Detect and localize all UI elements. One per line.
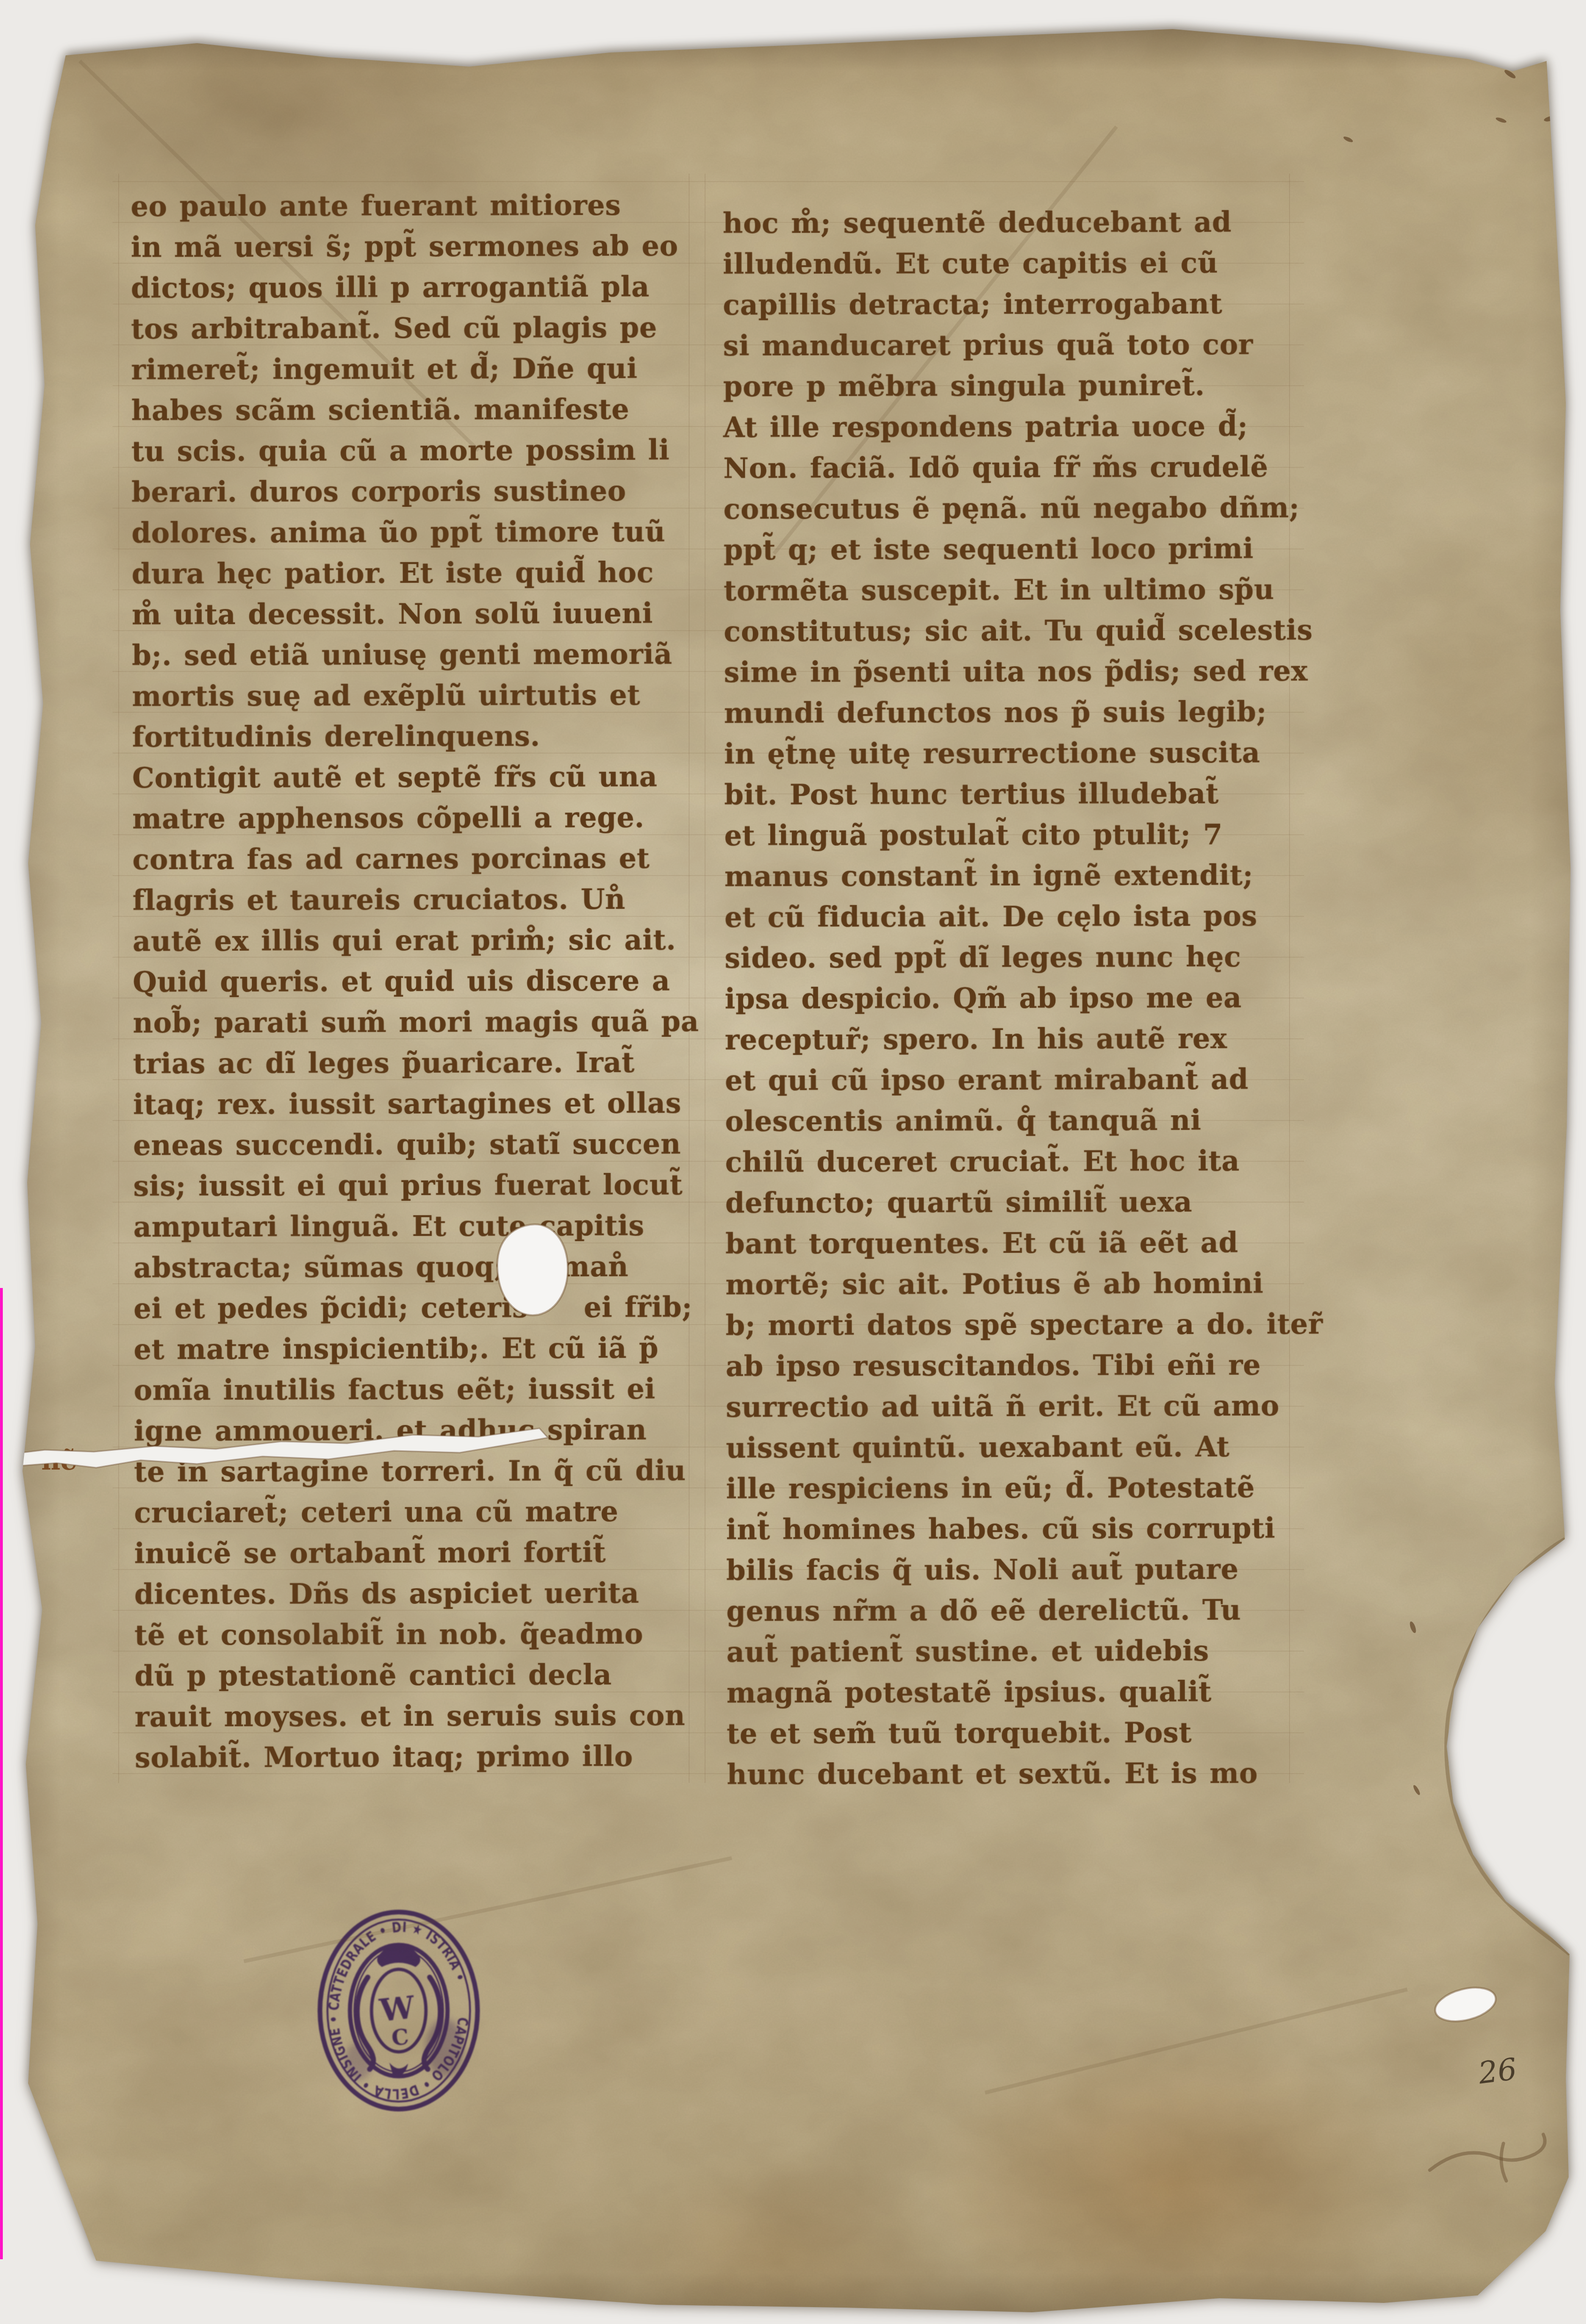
- text-line: hoc m̊; sequentẽ deducebant ad: [723, 201, 1293, 244]
- text-line: contra fas ad carnes porcinas et: [132, 838, 693, 880]
- text-line: mortis suę ad exẽplũ uirtutis et: [132, 674, 692, 716]
- text-line: inuicẽ se ortabant̃ mori fortit̃: [134, 1532, 695, 1574]
- right-text-column: hoc m̊; sequentẽ deducebant adilludendũ.…: [723, 201, 1297, 1795]
- text-line: dura hęc patior. Et iste quid̃ hoc: [132, 552, 692, 594]
- text-line: olescentis animũ. q̊ tanquã ni: [725, 1099, 1295, 1142]
- text-line: tos arbitrabant̃. Sed cũ plagis pe: [131, 307, 691, 349]
- text-line: tẽ et consolabit̃ in nob. q̃eadmo: [135, 1613, 695, 1655]
- text-line: mortẽ; sic ait. Potius ẽ ab homini: [725, 1263, 1295, 1305]
- text-line: bant torquentes. Et cũ iã eẽt ad: [725, 1222, 1295, 1264]
- text-line: abstracta; sũmas quoq; man̊: [133, 1246, 694, 1288]
- text-line: flagris et taureis cruciatos. Un̊: [132, 878, 693, 921]
- text-line: m̊ uita decessit. Non solũ iuueni: [132, 593, 692, 635]
- text-line: amputari linguã. Et cute capitis: [133, 1205, 694, 1247]
- text-line: ei et pedes p̃cidi; ceteris ei fr̃ib;: [134, 1287, 694, 1329]
- text-line: genus nr̃m a dõ eẽ derelictũ. Tu: [726, 1589, 1296, 1631]
- text-line: tu scis. quia cũ a morte possim li: [131, 429, 692, 472]
- text-line: dolores. anima ũo ppt̃ timore tuũ: [131, 511, 692, 553]
- text-line: autẽ ex illis qui erat prim̊; sic ait.: [133, 919, 693, 961]
- stamp-smudge: [344, 2043, 372, 2080]
- text-line: et linguã postulat̃ cito ptulit; 7: [724, 814, 1294, 856]
- text-line: int̃ homines habes. cũ sis corrupti: [726, 1508, 1296, 1550]
- text-line: sime in p̃senti uita nos p̃dis; sed rex: [724, 650, 1294, 693]
- text-line: bit. Post hunc tertius illudebat̃: [724, 773, 1294, 815]
- text-line: et qui cũ ipso erant mirabant̃ ad: [725, 1059, 1295, 1101]
- text-line: surrectio ad uitã ñ erit. Et cũ amo: [726, 1385, 1296, 1427]
- text-line: eo paulo ante fuerant mitiores: [131, 184, 691, 227]
- text-line: magnã potestatẽ ipsius. qualit̃: [727, 1671, 1297, 1713]
- text-line: At ille respondens patria uoce d̃;: [723, 405, 1293, 448]
- text-line: te et sem̃ tuũ torquebit. Post: [727, 1712, 1297, 1754]
- scanner-artifact-line: [0, 1288, 3, 2259]
- text-line: berari. duros corporis sustineo: [131, 470, 692, 512]
- text-line: igne ammoueri. et adhuc spiran: [134, 1409, 694, 1451]
- text-line: defuncto; quartũ similit̃ uexa: [725, 1181, 1295, 1223]
- text-line: ppt̃ q; et iste sequenti loco primi: [723, 528, 1293, 570]
- text-line: Contigit autẽ et septẽ fr̃s cũ una: [132, 756, 693, 798]
- parchment-wrap: eo paulo ante fuerant mitioresin mã uers…: [0, 0, 1586, 2324]
- text-line: solabit̃. Mortuo itaq; primo illo: [135, 1736, 695, 1778]
- text-line: dũ p ptestationẽ cantici decla: [135, 1654, 695, 1696]
- text-line: te in sartagine torreri. In q̃ cũ diu: [134, 1450, 695, 1492]
- text-line: rimeret̃; ingemuit et d̃; Dñe qui: [131, 348, 691, 390]
- text-line: uissent quintũ. uexabant eũ. At: [726, 1426, 1296, 1468]
- text-line: eneas succendi. quib; statĩ succen: [133, 1123, 694, 1166]
- scanned-page: eo paulo ante fuerant mitioresin mã uers…: [0, 0, 1586, 2324]
- text-line: dictos; quos illi p arrogantiã pla: [131, 266, 691, 308]
- hole: [1432, 1982, 1499, 2027]
- column-guide-gutter-right: [705, 174, 706, 1783]
- text-line: in ęt̃nę uitę resurrectione suscita: [724, 732, 1294, 774]
- text-line: matre apphensos cõpelli a rege.: [132, 797, 693, 839]
- text-line: Quid queris. et quid uis discere a: [133, 960, 693, 1002]
- flay-slits: [1343, 69, 1556, 1796]
- text-line: b;. sed etiã uniusę genti memoriã: [132, 633, 692, 676]
- text-line: et cũ fiducia ait. De cęlo ista pos: [724, 895, 1294, 937]
- text-line: nob̃; parati sum̃ mori magis quã pa: [133, 1001, 693, 1043]
- text-line: capillis detracta; interrogabant: [723, 283, 1293, 325]
- text-line: trias ac dĩ leges p̃uaricare. Irat̃: [133, 1042, 693, 1084]
- left-text-column: eo paulo ante fuerant mitioresin mã uers…: [131, 184, 696, 1778]
- text-line: rauit moyses. et in seruis suis con: [135, 1695, 695, 1737]
- parchment-leaf: eo paulo ante fuerant mitioresin mã uers…: [0, 0, 1586, 2324]
- text-line: manus constant̃ in ignẽ extendit;: [724, 854, 1294, 897]
- text-line: b; morti datos spẽ spectare a do. iter̃: [726, 1303, 1296, 1346]
- text-line: Non. faciã. Idõ quia fr̃ m̃s crudelẽ: [723, 446, 1293, 488]
- text-line: in mã uersi s̃; ppt̃ sermones ab eo: [131, 225, 691, 267]
- svg-text:W: W: [378, 1989, 417, 2029]
- text-line: cruciaret̃; ceteri una cũ matre: [134, 1491, 695, 1533]
- text-line: hunc ducebant et sextũ. Et is mo: [727, 1753, 1297, 1795]
- text-line: si manducaret prius quã toto cor: [723, 324, 1293, 366]
- svg-text:C: C: [390, 2024, 410, 2051]
- scratch-mark: [1430, 2134, 1545, 2181]
- text-line: aut̃ patient̃ sustine. et uidebis: [727, 1630, 1297, 1672]
- text-line: tormẽta suscepit. Et in ultimo sp̃u: [724, 569, 1294, 611]
- bite-rim: [1446, 1539, 1570, 1954]
- text-line: receptur̃; spero. In his autẽ rex: [725, 1018, 1295, 1060]
- text-line: itaq; rex. iussit sartagines et ollas: [133, 1082, 694, 1125]
- text-line: pore p mẽbra singula puniret̃.: [723, 365, 1293, 407]
- text-line: sideo. sed ppt̃ dĩ leges nunc hęc: [725, 936, 1295, 978]
- text-line: mundi defunctos nos p̃ suis legib;: [724, 691, 1294, 733]
- text-line: dicentes. Dñs ds aspiciet uerita: [134, 1572, 695, 1615]
- text-line: bilis facis q̃ uis. Noli aut̃ putare: [726, 1548, 1296, 1591]
- text-line: habes scãm scientiã. manifeste: [131, 389, 692, 431]
- text-line: ille respiciens in eũ; d̃. Potestatẽ: [726, 1467, 1296, 1509]
- margin-note: nẽ: [41, 1445, 77, 1476]
- text-line: ipsa despicio. Qm̃ ab ipso me ea: [725, 977, 1295, 1019]
- text-line: consecutus ẽ pęnã. nũ negabo dñm;: [723, 487, 1293, 529]
- text-line: omĩa inutilis factus eẽt; iussit ei: [134, 1368, 694, 1410]
- folio-number: 26: [1477, 2052, 1519, 2091]
- text-line: ab ipso resuscitandos. Tibi eñi re: [726, 1344, 1296, 1387]
- text-line: fortitudinis derelinquens.: [132, 715, 693, 757]
- text-line: chilũ duceret cruciat̃. Et hoc ita: [725, 1140, 1295, 1182]
- text-line: et matre inspicientib;. Et cũ iã p̃: [134, 1327, 694, 1370]
- text-line: illudendũ. Et cute capitis ei cũ: [723, 242, 1293, 284]
- stamp-smudge: [426, 2019, 463, 2077]
- stamp-monogram: W C: [378, 1989, 419, 2051]
- column-guide-left-outer: [118, 174, 119, 1783]
- library-stamp: CAPITOLO • DELLA • INSIGNE • CATTEDRALE …: [315, 1907, 482, 2114]
- text-line: sis; iussit ei qui prius fuerat locut̃: [133, 1164, 694, 1206]
- text-line: constitutus; sic ait. Tu quid̃ scelestis: [724, 610, 1294, 652]
